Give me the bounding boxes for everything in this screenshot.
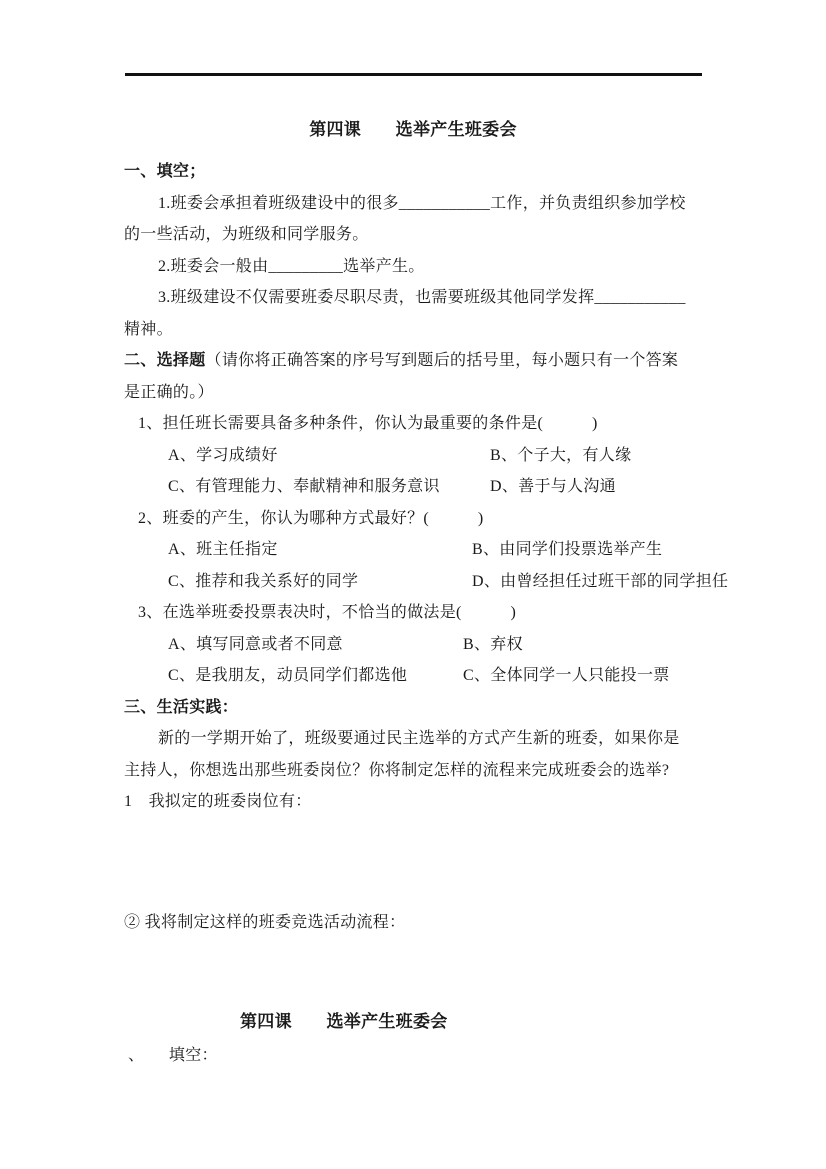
- fill-section-heading: 一、填空；: [124, 156, 702, 188]
- fill-heading-secondary: 、 填空：: [124, 1040, 706, 1072]
- choice-q3-row-ab-right: B、弃权: [463, 636, 523, 653]
- fill-item-3-line-2: 精神。: [124, 314, 702, 346]
- practice-item-2: ② 我将制定这样的班委竞选活动流程：: [124, 907, 702, 939]
- choice-section-heading-segment-0: 二、选择题: [124, 352, 206, 369]
- fill-item-2: 2.班委会一般由_________选举产生。: [124, 251, 736, 283]
- practice-para-line-2: 主持人，你想选出那些班委岗位？你将制定怎样的流程来完成班委会的选举?: [124, 755, 702, 787]
- choice-q1: 1、担任班长需要具备多种条件，你认为最重要的条件是( ): [124, 408, 716, 440]
- choice-q2-row-cd-right: D、由曾经担任过班干部的同学担任: [472, 573, 728, 590]
- choice-q1-row-cd-left: C、有管理能力、奉献精神和服务意识: [168, 471, 490, 503]
- doc-title-secondary: 第四课 选举产生班委会: [240, 1006, 448, 1038]
- choice-q3-row-ab-left: A、填写同意或者不同意: [168, 629, 463, 661]
- choice-section-heading-cont: 是正确的。）: [124, 377, 702, 409]
- choice-q2: 2、班委的产生，你认为哪种方式最好？( ): [124, 503, 716, 535]
- choice-q2-row-ab: A、班主任指定B、由同学们投票选举产生: [124, 534, 746, 566]
- choice-q2-row-ab-right: B、由同学们投票选举产生: [472, 541, 662, 558]
- practice-section-heading: 三、生活实践：: [124, 692, 702, 724]
- fill-item-1-line-1: 1.班委会承担着班级建设中的很多___________工作，并负责组织参加学校: [124, 188, 736, 220]
- choice-q2-row-cd: C、推荐和我关系好的同学D、由曾经担任过班干部的同学担任: [124, 566, 746, 598]
- document-body: 第四课 选举产生班委会一、填空；1.班委会承担着班级建设中的很多________…: [124, 0, 702, 1169]
- choice-q1-row-cd: C、有管理能力、奉献精神和服务意识D、善于与人沟通: [124, 471, 746, 503]
- choice-q1-row-ab-left: A、学习成绩好: [168, 440, 490, 472]
- choice-q1-row-ab: A、学习成绩好B、个子大，有人缘: [124, 440, 746, 472]
- choice-q2-row-cd-left: C、推荐和我关系好的同学: [168, 566, 472, 598]
- fill-item-3-line-1: 3.班级建设不仅需要班委尽职尽责，也需要班级其他同学发挥___________: [124, 282, 736, 314]
- choice-q1-row-cd-right: D、善于与人沟通: [490, 478, 616, 495]
- choice-q3-row-ab: A、填写同意或者不同意B、弃权: [124, 629, 746, 661]
- doc-title: 第四课 选举产生班委会: [124, 114, 702, 146]
- choice-section-heading: 二、选择题（请你将正确答案的序号写到题后的括号里，每小题只有一个答案: [124, 345, 702, 377]
- choice-q1-row-ab-right: B、个子大，有人缘: [490, 447, 631, 464]
- choice-q3-row-cc-left: C、是我朋友，动员同学们都选他: [168, 660, 463, 692]
- choice-q3-row-cc: C、是我朋友，动员同学们都选他C、全体同学一人只能投一票: [124, 660, 746, 692]
- practice-para-line-1: 新的一学期开始了，班级要通过民主选举的方式产生新的班委，如果你是: [124, 723, 736, 755]
- practice-item-1: 1 我拟定的班委岗位有：: [124, 786, 702, 818]
- choice-q3: 3、在选举班委投票表决时，不恰当的做法是( ): [124, 597, 716, 629]
- document-page: 第四课 选举产生班委会一、填空；1.班委会承担着班级建设中的很多________…: [0, 0, 826, 1169]
- fill-item-1-line-2: 的一些活动，为班级和同学服务。: [124, 219, 702, 251]
- choice-q3-row-cc-right: C、全体同学一人只能投一票: [463, 667, 670, 684]
- choice-q2-row-ab-left: A、班主任指定: [168, 534, 472, 566]
- choice-section-heading-segment-1: （请你将正确答案的序号写到题后的括号里，每小题只有一个答案: [206, 352, 679, 369]
